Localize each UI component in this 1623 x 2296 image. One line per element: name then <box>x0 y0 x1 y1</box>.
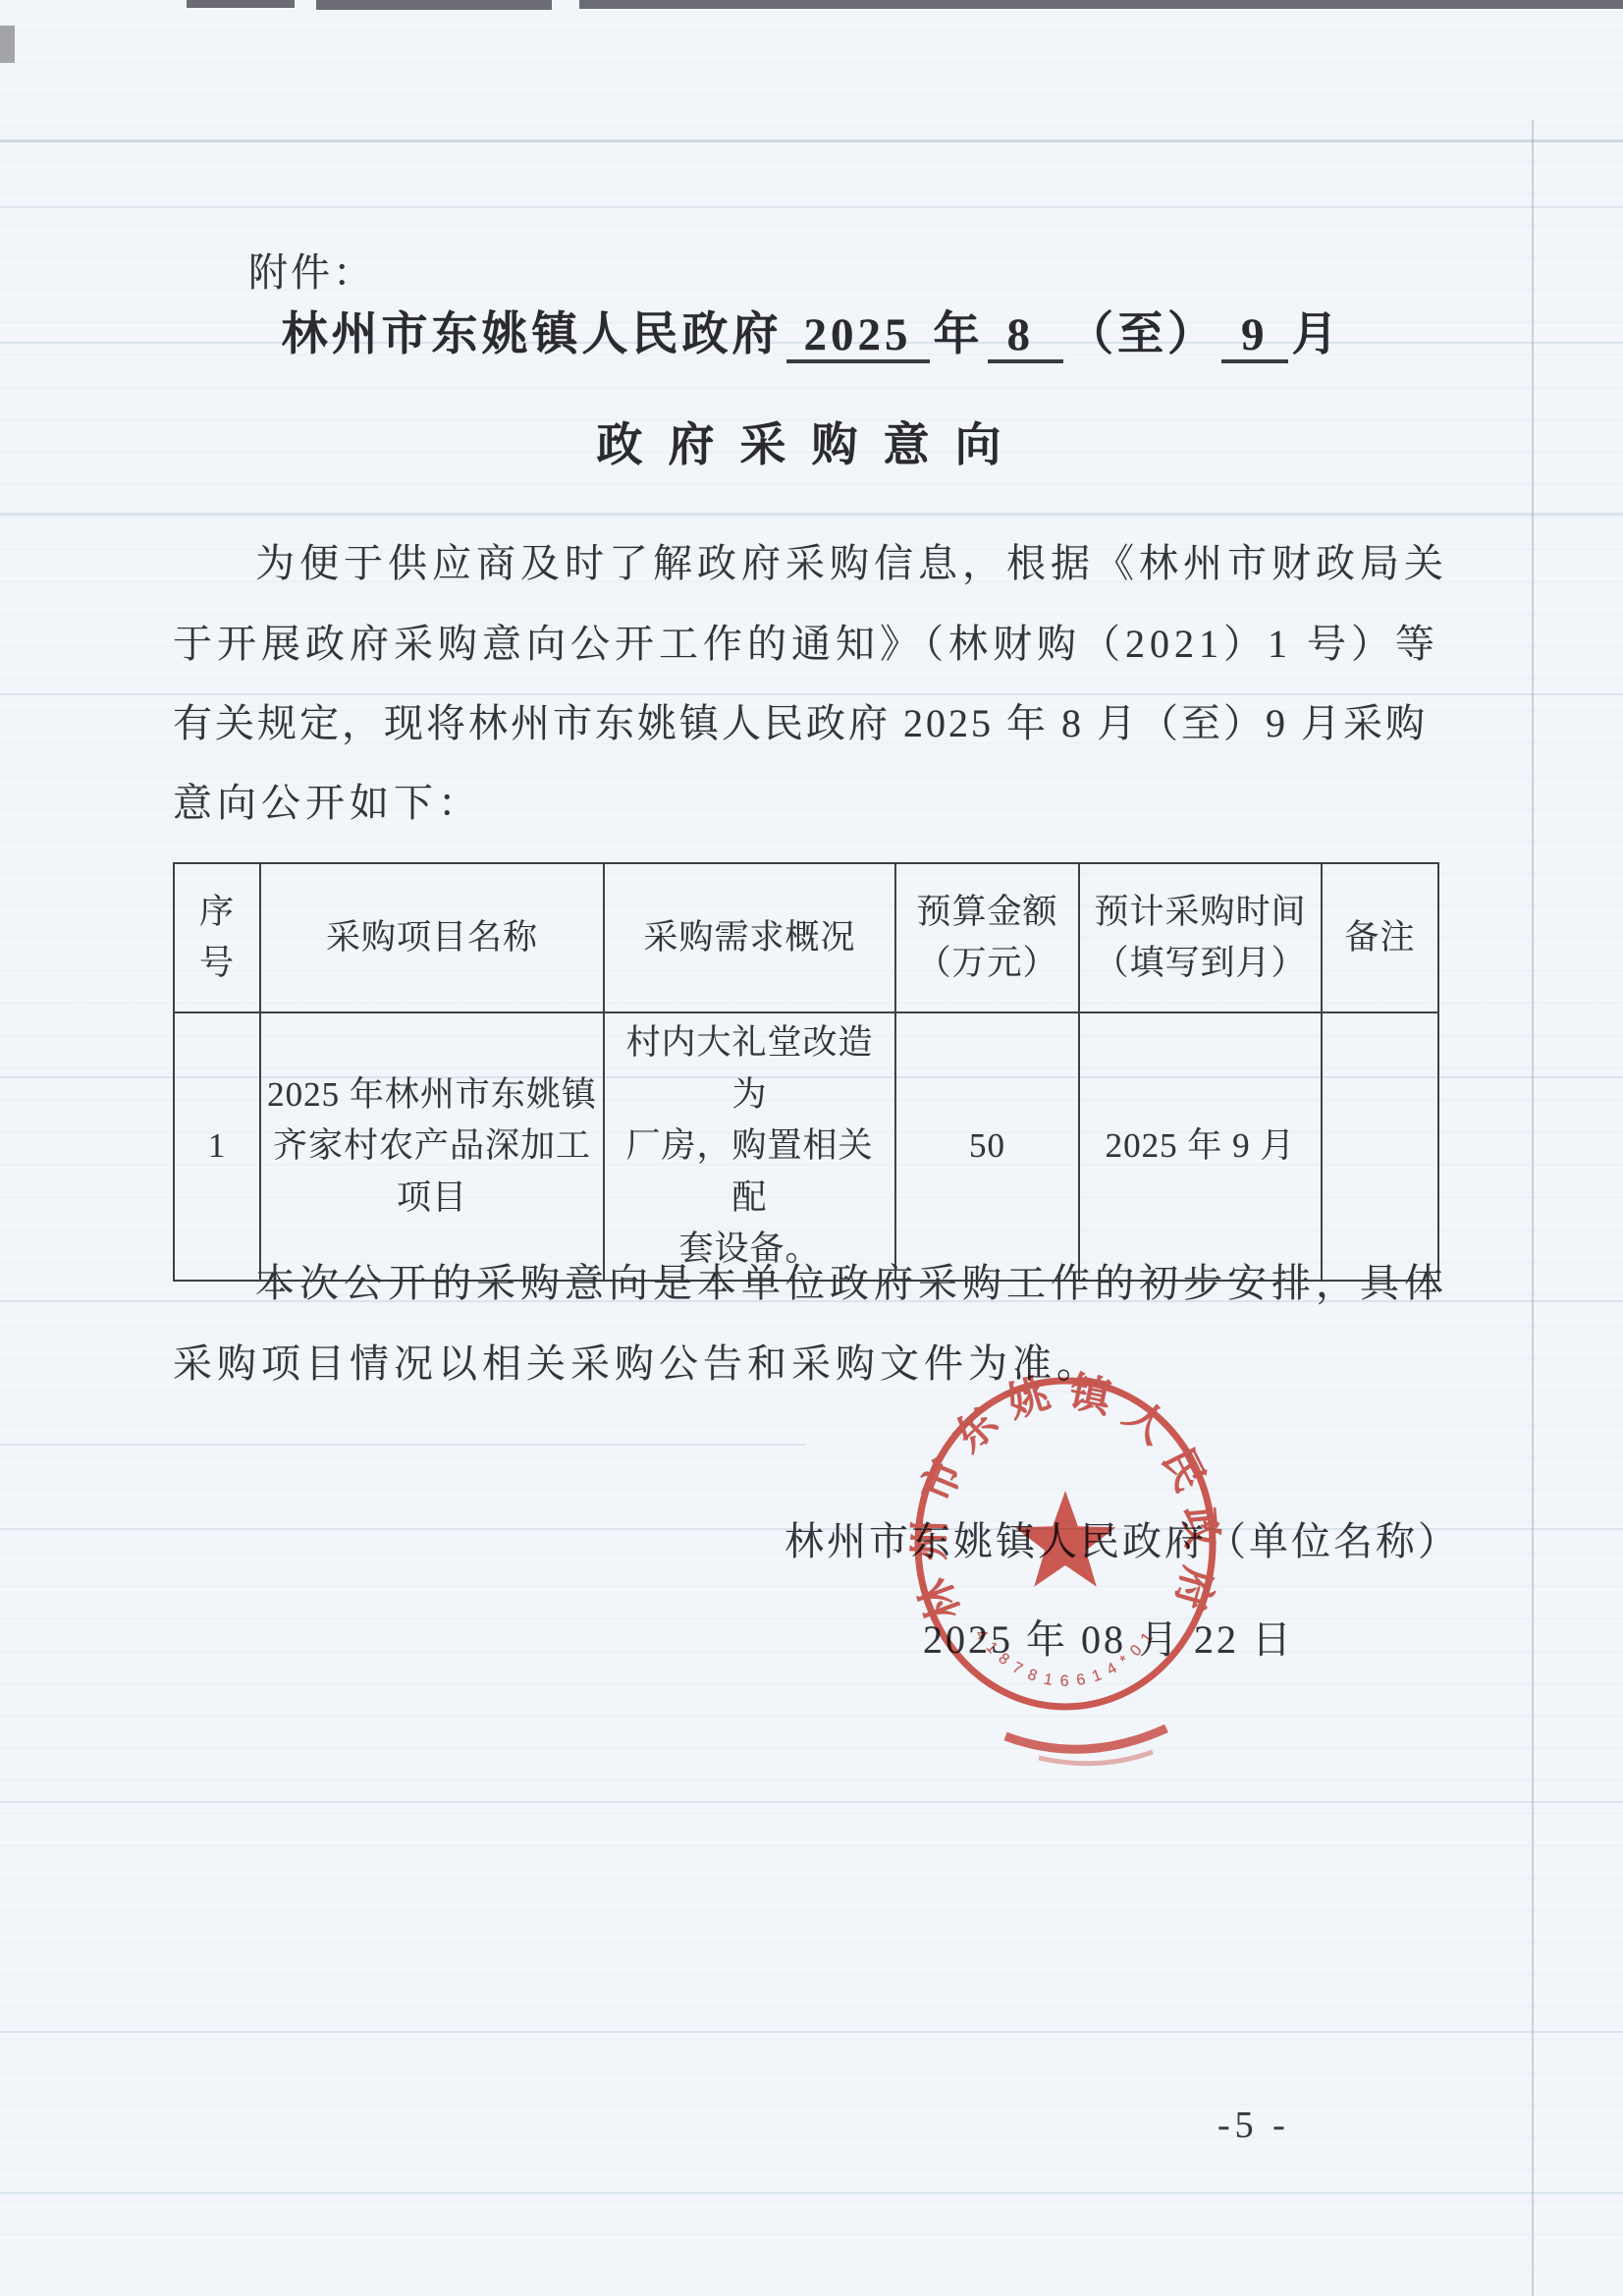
scan-artifact <box>0 206 1623 208</box>
cell-expected-time: 2025 年 9 月 <box>1079 1012 1322 1281</box>
attachment-label: 附件： <box>248 242 375 298</box>
scan-artifact <box>0 139 1623 142</box>
cell-demand-summary: 村内大礼堂改造为 厂房，购置相关配 套设备。 <box>604 1012 895 1281</box>
official-seal: 林州市东姚镇人民政府 4187816614*01 <box>901 1367 1229 1774</box>
scan-artifact <box>0 26 15 63</box>
header-note: 备注 <box>1322 863 1438 1012</box>
seal-smudge-arc <box>1039 1752 1153 1764</box>
cell-project-name: 2025 年林州市东姚镇 齐家村农产品深加工 项目 <box>260 1012 604 1281</box>
closing-line: 采购项目情况以相关采购公告和采购文件为准。 <box>173 1341 1464 1387</box>
scan-artifact <box>316 0 552 10</box>
header-demand-summary: 采购需求概况 <box>604 863 895 1012</box>
seal-star-icon <box>1015 1491 1116 1587</box>
closing-line: 本次公开的采购意向是本单位政府采购工作的初步安排，具体 <box>173 1261 1464 1306</box>
seal-serial-number: 4187816614*01 <box>972 1626 1159 1690</box>
scan-artifact <box>0 1444 805 1446</box>
signature-org: 林州市东姚镇人民政府（单位名称） <box>173 1510 1460 1566</box>
cell-budget: 50 <box>895 1012 1079 1281</box>
header-expected-time: 预计采购时间 （填写到月） <box>1079 863 1322 1012</box>
title-month-from-underlined: 8 <box>988 311 1064 363</box>
title-year-underlined: 2025 <box>786 311 930 363</box>
page-number: -5 - <box>1217 2104 1290 2147</box>
title-to-paren: （至） <box>1067 309 1217 360</box>
title-month-to-underlined: 9 <box>1221 311 1288 363</box>
scan-artifact <box>0 1801 1623 1803</box>
scan-artifact <box>0 513 1623 516</box>
table-row: 1 2025 年林州市东姚镇 齐家村农产品深加工 项目 村内大礼堂改造为 厂房，… <box>174 1012 1438 1281</box>
intro-line: 于开展政府采购意向公开工作的通知》（林财购（2021）1 号）等 <box>173 622 1464 667</box>
document-title-line1: 林州市东姚镇人民政府2025年8（至）9月 <box>0 298 1623 363</box>
table-header-row: 序 号 采购项目名称 采购需求概况 预算金额 （万元） 预计采购时间 （填写到月… <box>174 863 1438 1012</box>
document-title-line2: 政府采购意向 <box>0 409 1623 474</box>
scan-artifact <box>0 2031 1623 2033</box>
header-seq: 序 号 <box>174 863 260 1012</box>
procurement-intent-table: 序 号 采购项目名称 采购需求概况 预算金额 （万元） 预计采购时间 （填写到月… <box>173 862 1439 1282</box>
scan-artifact <box>579 0 1623 9</box>
seal-smudge-arc <box>1005 1728 1166 1749</box>
cell-note <box>1322 1012 1438 1281</box>
scan-artifact <box>187 0 295 8</box>
intro-line: 为便于供应商及时了解政府采购信息，根据《林州市财政局关 <box>173 541 1464 586</box>
scan-artifact <box>0 693 1623 695</box>
title-month-unit: 月 <box>1292 309 1342 360</box>
header-project-name: 采购项目名称 <box>260 863 604 1012</box>
cell-seq: 1 <box>174 1012 260 1281</box>
intro-line: 意向公开如下： <box>173 781 1464 826</box>
intro-line: 有关规定，现将林州市东姚镇人民政府 2025 年 8 月（至）9 月采购 <box>173 701 1464 746</box>
header-budget: 预算金额 （万元） <box>895 863 1079 1012</box>
scanned-document-page: 附件： 林州市东姚镇人民政府2025年8（至）9月 政府采购意向 为便于供应商及… <box>0 0 1623 2296</box>
title-org: 林州市东姚镇人民政府 <box>282 309 783 360</box>
scan-artifact <box>0 2192 1623 2194</box>
title-year-unit: 年 <box>934 309 984 360</box>
